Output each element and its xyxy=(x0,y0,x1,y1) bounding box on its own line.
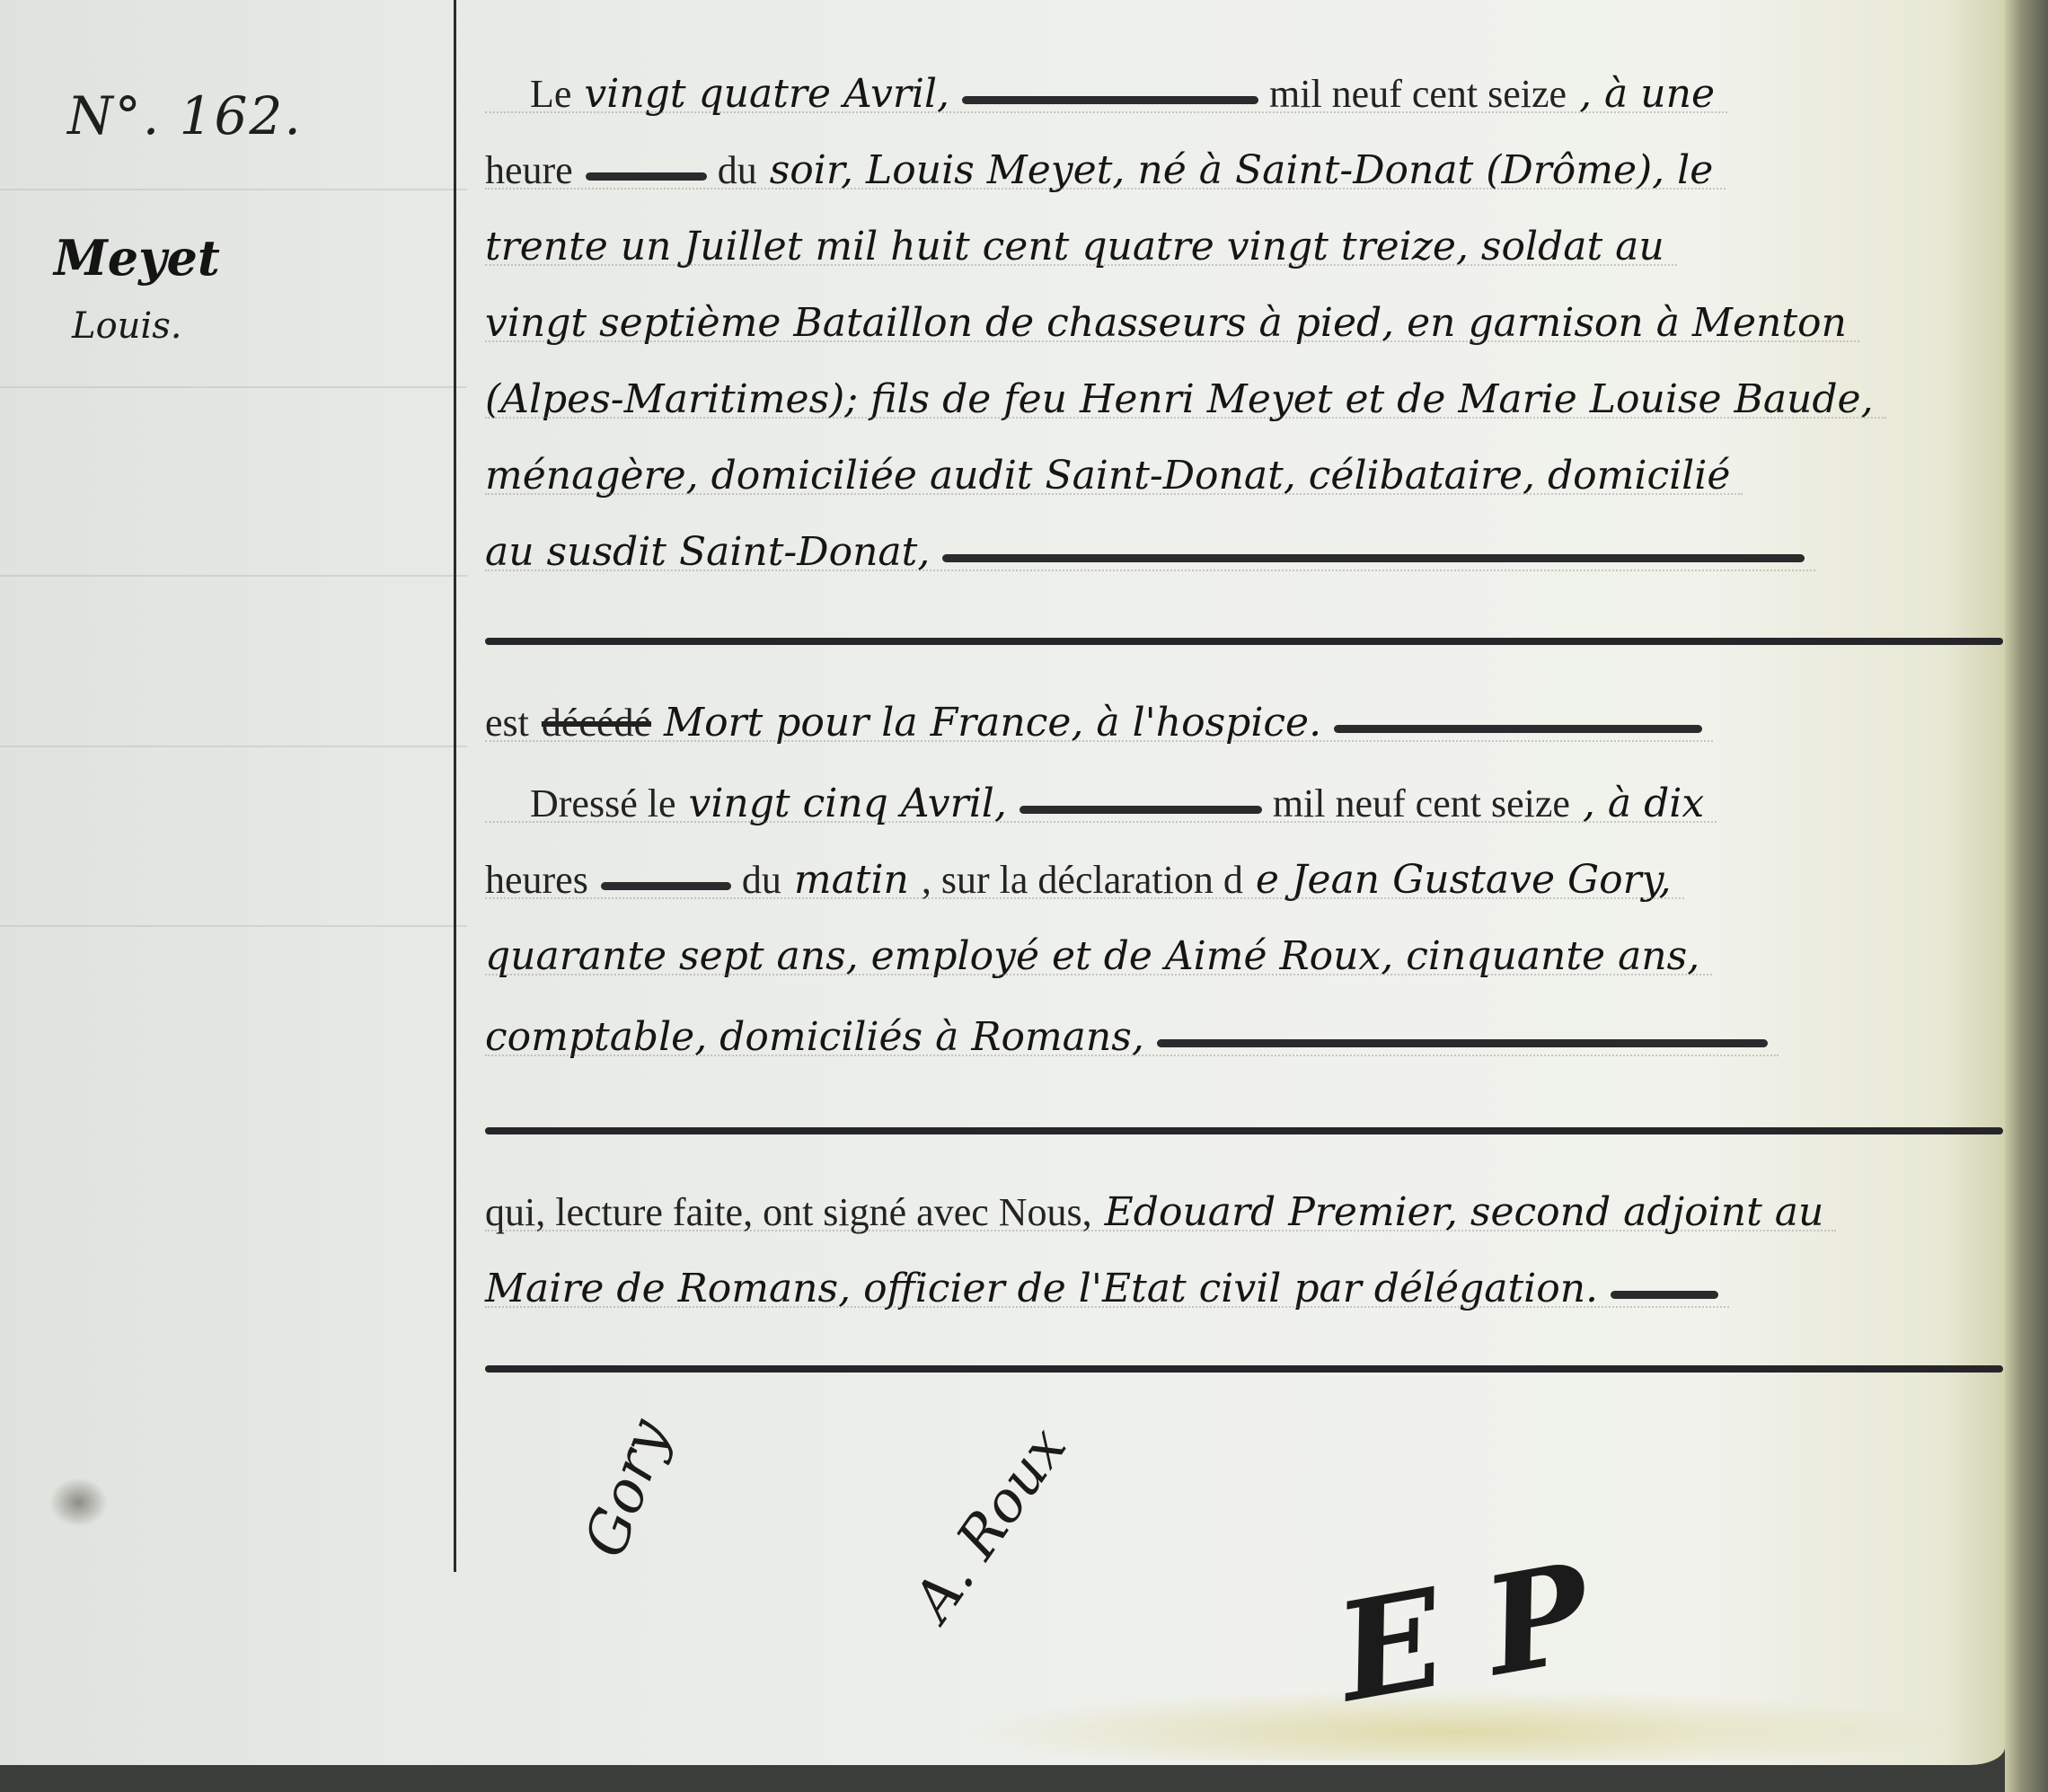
act-line: trente un Juillet mil huit cent quatre v… xyxy=(485,207,1677,269)
fill-dash xyxy=(1157,1039,1768,1047)
act-line: heure du soir, Louis Meyet, né à Saint-D… xyxy=(485,130,1726,193)
printed-text: mil neuf cent seize xyxy=(1269,71,1567,117)
printed-text: est xyxy=(485,700,529,746)
handwritten-text: trente un Juillet mil huit cent quatre v… xyxy=(485,224,1664,269)
handwritten-text: quarante sept ans, employé et de Aimé Ro… xyxy=(485,933,1699,979)
handwritten-text: , à une xyxy=(1579,71,1715,117)
handwritten-text: comptable, domiciliés à Romans, xyxy=(485,1014,1144,1060)
printed-text: qui, lecture faite, ont signé avec Nous, xyxy=(485,1189,1092,1235)
handwritten-text: vingt cinq Avril, xyxy=(689,781,1007,826)
margin-forename: Louis. xyxy=(72,305,181,347)
handwritten-text: , à dix xyxy=(1583,781,1704,826)
handwritten-text: au susdit Saint-Donat, xyxy=(485,529,930,575)
act-line: est décédé Mort pour la France, à l'hosp… xyxy=(485,683,1713,746)
printed-text: heure xyxy=(485,147,573,193)
fill-dash xyxy=(1611,1291,1718,1299)
book-spine-edge xyxy=(2005,0,2048,1792)
act-line: Maire de Romans, officier de l'Etat civi… xyxy=(485,1249,1729,1311)
handwritten-text: (Alpes-Maritimes); fils de feu Henri Mey… xyxy=(485,376,1874,422)
signature-roux: A. Roux xyxy=(900,1416,1079,1632)
struck-printed-text: décédé xyxy=(542,700,651,746)
act-line: vingt septième Bataillon de chasseurs à … xyxy=(485,283,1859,346)
printed-text: Le xyxy=(530,71,571,117)
margin-vertical-rule xyxy=(454,0,456,1572)
section-rule xyxy=(485,1127,2003,1134)
handwritten-text: matin xyxy=(794,857,909,903)
printed-text: du xyxy=(742,857,781,903)
section-rule xyxy=(485,1365,2003,1373)
handwritten-text: vingt quatre Avril, xyxy=(584,71,949,117)
handwritten-text: vingt septième Bataillon de chasseurs à … xyxy=(485,300,1847,346)
fill-dash xyxy=(1020,806,1262,814)
handwritten-text: Mort pour la France, à l'hospice. xyxy=(664,700,1321,746)
margin-surname: Meyet xyxy=(54,229,220,287)
handwritten-text: soir, Louis Meyet, né à Saint-Donat (Drô… xyxy=(770,147,1714,193)
act-line: qui, lecture faite, ont signé avec Nous,… xyxy=(485,1172,1836,1235)
handwritten-text: Edouard Premier, second adjoint au xyxy=(1105,1189,1824,1235)
fill-dash xyxy=(586,172,707,181)
fill-dash xyxy=(601,882,731,890)
act-line: ménagère, domiciliée audit Saint-Donat, … xyxy=(485,436,1743,499)
section-rule xyxy=(485,638,2003,645)
register-page: N°. 162. Meyet Louis. Le vingt quatre Av… xyxy=(0,0,2005,1765)
act-line: Dressé le vingt cinq Avril, mil neuf cen… xyxy=(485,764,1717,826)
act-line: comptable, domiciliés à Romans, xyxy=(485,997,1779,1060)
printed-text: Dressé le xyxy=(530,781,676,826)
handwritten-text: e Jean Gustave Gory, xyxy=(1256,857,1672,903)
signature-gory: Gory xyxy=(572,1411,683,1566)
fill-dash xyxy=(1334,725,1702,733)
act-line: (Alpes-Maritimes); fils de feu Henri Mey… xyxy=(485,359,1886,422)
printed-text: mil neuf cent seize xyxy=(1273,781,1570,826)
handwritten-text: Maire de Romans, officier de l'Etat civi… xyxy=(485,1266,1598,1311)
act-line: heures du matin , sur la déclaration d e… xyxy=(485,840,1684,903)
fill-dash xyxy=(942,554,1805,562)
act-line: Le vingt quatre Avril, mil neuf cent sei… xyxy=(485,54,1727,117)
printed-text: heures xyxy=(485,857,588,903)
handwritten-text: ménagère, domiciliée audit Saint-Donat, … xyxy=(485,453,1730,499)
left-margin: N°. 162. Meyet Louis. xyxy=(0,0,454,1765)
fill-dash xyxy=(962,96,1258,104)
act-body: Le vingt quatre Avril, mil neuf cent sei… xyxy=(485,0,2003,1765)
printed-text: , sur la déclaration d xyxy=(922,857,1243,903)
printed-text: du xyxy=(718,147,757,193)
act-line: quarante sept ans, employé et de Aimé Ro… xyxy=(485,916,1712,979)
signature-officer: E P xyxy=(1327,1533,1602,1733)
entry-number: N°. 162. xyxy=(67,85,303,146)
act-line: au susdit Saint-Donat, xyxy=(485,512,1815,575)
